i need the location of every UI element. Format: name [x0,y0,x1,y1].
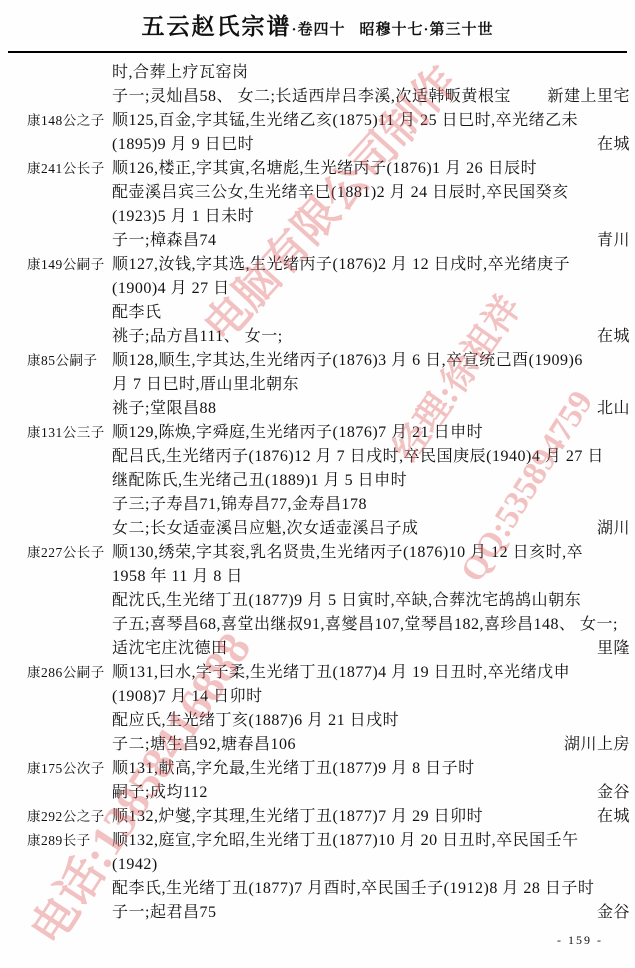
entry-row: 康85公嗣子顺128,顺生,字其达,生光绪丙子(1876)3 月 6 日,卒宣统… [0,349,635,421]
entry-line: 子二;塘生昌92,塘春昌106湖川上房 [112,733,630,757]
entry-line-text: 顺130,绣荣,字其衮,乳名贤贵,生光绪丙子(1876)10 月 12 日亥时,… [112,541,583,565]
entry-line: (1900)4 月 27 日 [112,277,630,301]
entry-line: 顺130,绣荣,字其衮,乳名贤贵,生光绪丙子(1876)10 月 12 日亥时,… [112,541,630,565]
place-name: 在城 [597,805,630,829]
entry-line: 继配陈氏,生光绪己丑(1889)1 月 5 日申时 [112,469,630,493]
entry-line: 配壶溪吕宾三公女,生光绪辛巳(1881)2 月 24 日辰时,卒民国癸亥 [112,181,630,205]
entry-line: 子一;灵灿昌58、 女二;长适西岸吕李溪,次适韩畈黄根宝新建上里宅 [112,85,630,109]
entry-line: 子三;子寿昌71,锦寿昌77,金寿昌178 [112,493,630,517]
entry-line-text: (1900)4 月 27 日 [112,277,230,301]
entry-line: 顺128,顺生,字其达,生光绪丙子(1876)3 月 6 日,卒宣统己酉(190… [112,349,630,373]
place-name: 金谷 [597,901,630,925]
entry-line-text: 祧子;品方昌111、 女一; [112,325,283,349]
book-title: 五云赵氏宗谱 [141,14,291,39]
entry-line: 时,合葬上疗瓦窑岗 [112,61,630,85]
entry-line: 顺126,楼正,字其寅,名塘彪,生光绪丙子(1876)1 月 26 日辰时 [112,157,630,181]
entry-lines: 顺129,陈焕,字舜庭,生光绪丙子(1876)7 月 21 日申时配吕氏,生光绪… [112,421,635,541]
entry-lines: 顺125,百金,字其锰,生光绪乙亥(1875)11 月 25 日巳时,卒光绪乙未… [112,109,635,157]
entry-line-text: 子三;子寿昌71,锦寿昌77,金寿昌178 [112,493,367,517]
entry-line-text: 子一;灵灿昌58、 女二;长适西岸吕李溪,次适韩畈黄根宝 [112,85,511,109]
entry-line-text: 时,合葬上疗瓦窑岗 [112,61,249,85]
entry-lines: 顺127,汝钱,字其选,生光绪丙子(1876)2 月 12 日戌时,卒光绪庚子(… [112,253,635,349]
entry-lines: 顺132,庭宣,字允昭,生光绪丁丑(1877)10 月 20 日丑时,卒民国壬午… [112,829,635,925]
entry-line-text: 配吕氏,生光绪丙子(1876)12 月 7 日戌时,卒民国庚辰(1940)4 月… [112,445,604,469]
entry-label: 康241公长子 [0,157,112,181]
entry-lines: 顺128,顺生,字其达,生光绪丙子(1876)3 月 6 日,卒宣统己酉(190… [112,349,635,421]
entry-line: 配吕氏,生光绪丙子(1876)12 月 7 日戌时,卒民国庚辰(1940)4 月… [112,445,630,469]
entry-row: 康149公嗣子顺127,汝钱,字其选,生光绪丙子(1876)2 月 12 日戌时… [0,253,635,349]
entry-line-text: 顺125,百金,字其锰,生光绪乙亥(1875)11 月 25 日巳时,卒光绪乙未 [112,109,578,133]
entry-label: 康148公之子 [0,109,112,133]
entry-line-text: 顺131,献高,字允最,生光绪丁丑(1877)9 月 8 日子时 [112,757,475,781]
entry-line: 配沈氏,生光绪丁丑(1877)9 月 5 日寅时,卒缺,合葬沈宅鸪鸪山朝东 [112,589,630,613]
entry-line-text: 继配陈氏,生光绪己丑(1889)1 月 5 日申时 [112,469,407,493]
place-name: 在城 [597,325,630,349]
entry-row: 康227公长子顺130,绣荣,字其衮,乳名贤贵,生光绪丙子(1876)10 月 … [0,541,635,661]
entry-line-text: (1923)5 月 1 日未时 [112,205,254,229]
entry-line: 祧子;堂限昌88北山 [112,397,630,421]
entries: 时,合葬上疗瓦窑岗子一;灵灿昌58、 女二;长适西岸吕李溪,次适韩畈黄根宝新建上… [0,61,635,925]
entry-line: 顺131,曰水,字子柔,生光绪丁丑(1877)4 月 19 日丑时,卒光绪戊申 [112,661,630,685]
entry-line-text: 子五;喜琴昌68,喜堂出继叔91,喜燮昌107,堂琴昌182,喜珍昌148、 女… [112,613,618,637]
entry-label: 康85公嗣子 [0,349,112,373]
entry-line-text: (1895)9 月 9 日巳时 [112,133,254,157]
section-label: 昭穆十七·第三十世 [360,22,494,38]
entry-line-text: 顺128,顺生,字其达,生光绪丙子(1876)3 月 6 日,卒宣统己酉(190… [112,349,583,373]
entry-line: 月 7 日巳时,厝山里北朝东 [112,373,630,397]
entry-lines: 顺131,献高,字允最,生光绪丁丑(1877)9 月 8 日子时嗣子;成均112… [112,757,635,805]
entry-line: 子一;樟森昌74青川 [112,229,630,253]
place-name: 里隆 [597,637,630,661]
entry-line-text: 配李氏,生光绪丁丑(1877)7 月酉时,卒民国壬子(1912)8 月 28 日… [112,877,594,901]
entry-line-text: 女二;长女适壶溪吕应魁,次女适壶溪吕子成 [112,517,418,541]
volume-label: ·卷四十 [291,22,345,38]
entry-line: 顺132,炉燮,字其理,生光绪丁丑(1877)7 月 29 日卯时在城 [112,805,630,829]
entry-line-text: (1908)7 月 14 日卯时 [112,685,263,709]
entry-line-text: 配壶溪吕宾三公女,生光绪辛巳(1881)2 月 24 日辰时,卒民国癸亥 [112,181,569,205]
entry-row: 康131公三子顺129,陈焕,字舜庭,生光绪丙子(1876)7 月 21 日申时… [0,421,635,541]
entry-line: 顺129,陈焕,字舜庭,生光绪丙子(1876)7 月 21 日申时 [112,421,630,445]
entry-line-text: 顺127,汝钱,字其选,生光绪丙子(1876)2 月 12 日戌时,卒光绪庚子 [112,253,570,277]
entry-line: (1923)5 月 1 日未时 [112,205,630,229]
place-name: 在城 [597,133,630,157]
entry-line: 顺132,庭宣,字允昭,生光绪丁丑(1877)10 月 20 日丑时,卒民国壬午 [112,829,630,853]
genealogy-page: 五云赵氏宗谱·卷四十昭穆十七·第三十世 时,合葬上疗瓦窑岗子一;灵灿昌58、 女… [0,0,635,968]
entry-line: 子一;起君昌75金谷 [112,901,630,925]
entry-lines: 顺131,曰水,字子柔,生光绪丁丑(1877)4 月 19 日丑时,卒光绪戊申(… [112,661,635,757]
page-number: - 159 - [557,933,603,948]
place-name: 北山 [597,397,630,421]
entry-line: 祧子;品方昌111、 女一;在城 [112,325,630,349]
entry-lines: 时,合葬上疗瓦窑岗子一;灵灿昌58、 女二;长适西岸吕李溪,次适韩畈黄根宝新建上… [112,61,635,109]
entry-line: (1942) [112,853,630,877]
entry-label: 康289长子 [0,829,112,853]
entry-row: 康286公嗣子顺131,曰水,字子柔,生光绪丁丑(1877)4 月 19 日丑时… [0,661,635,757]
entry-line: 顺127,汝钱,字其选,生光绪丙子(1876)2 月 12 日戌时,卒光绪庚子 [112,253,630,277]
entry-line-text: 祧子;堂限昌88 [112,397,216,421]
entry-line: (1895)9 月 9 日巳时在城 [112,133,630,157]
entry-line: 1958 年 11 月 8 日 [112,565,630,589]
entry-label: 康227公长子 [0,541,112,565]
entry-line-text: 配李氏 [112,301,162,325]
entry-line-text: 顺132,炉燮,字其理,生光绪丁丑(1877)7 月 29 日卯时 [112,805,483,829]
header-rule [8,51,627,53]
place-name: 湖川 [597,517,630,541]
entry-label: 康286公嗣子 [0,661,112,685]
entry-label: 康149公嗣子 [0,253,112,277]
entry-line-text: 1958 年 11 月 8 日 [112,565,243,589]
entry-line: 配李氏,生光绪丁丑(1877)7 月酉时,卒民国壬子(1912)8 月 28 日… [112,877,630,901]
entry-line-text: 子一;樟森昌74 [112,229,216,253]
entry-line: 子五;喜琴昌68,喜堂出继叔91,喜燮昌107,堂琴昌182,喜珍昌148、 女… [112,613,630,637]
entry-line: 配应氏,生光绪丁亥(1887)6 月 21 日戌时 [112,709,630,733]
entry-row: 康241公长子顺126,楼正,字其寅,名塘彪,生光绪丙子(1876)1 月 26… [0,157,635,253]
page-header: 五云赵氏宗谱·卷四十昭穆十七·第三十世 [0,12,635,45]
entry-line: 适沈宅庄沈德田里隆 [112,637,630,661]
entry-line-text: 配沈氏,生光绪丁丑(1877)9 月 5 日寅时,卒缺,合葬沈宅鸪鸪山朝东 [112,589,581,613]
place-name: 新建上里宅 [547,85,630,109]
entry-line-text: 配应氏,生光绪丁亥(1887)6 月 21 日戌时 [112,709,399,733]
entry-line-text: 子二;塘生昌92,塘春昌106 [112,733,296,757]
place-name: 金谷 [597,781,630,805]
entry-line-text: 子一;起君昌75 [112,901,216,925]
place-name: 青川 [597,229,630,253]
entry-row: 康289长子顺132,庭宣,字允昭,生光绪丁丑(1877)10 月 20 日丑时… [0,829,635,925]
entry-label: 康175公次子 [0,757,112,781]
entry-label: 康131公三子 [0,421,112,445]
entry-row: 康175公次子顺131,献高,字允最,生光绪丁丑(1877)9 月 8 日子时嗣… [0,757,635,805]
entry-label: 康292公之子 [0,805,112,829]
entry-line: 女二;长女适壶溪吕应魁,次女适壶溪吕子成湖川 [112,517,630,541]
entry-line-text: 顺131,曰水,字子柔,生光绪丁丑(1877)4 月 19 日丑时,卒光绪戊申 [112,661,570,685]
entry-line: 顺131,献高,字允最,生光绪丁丑(1877)9 月 8 日子时 [112,757,630,781]
entry-line: 配李氏 [112,301,630,325]
entry-line-text: (1942) [112,853,158,877]
place-name: 湖川上房 [564,733,630,757]
entry-line-text: 顺126,楼正,字其寅,名塘彪,生光绪丙子(1876)1 月 26 日辰时 [112,157,537,181]
entry-line: 嗣子;成均112金谷 [112,781,630,805]
entry-line-text: 嗣子;成均112 [112,781,208,805]
entry-line: (1908)7 月 14 日卯时 [112,685,630,709]
entry-lines: 顺126,楼正,字其寅,名塘彪,生光绪丙子(1876)1 月 26 日辰时配壶溪… [112,157,635,253]
entry-row: 康148公之子顺125,百金,字其锰,生光绪乙亥(1875)11 月 25 日巳… [0,109,635,157]
entry-lines: 顺130,绣荣,字其衮,乳名贤贵,生光绪丙子(1876)10 月 12 日亥时,… [112,541,635,661]
entry-row: 康292公之子顺132,炉燮,字其理,生光绪丁丑(1877)7 月 29 日卯时… [0,805,635,829]
entry-line-text: 顺132,庭宣,字允昭,生光绪丁丑(1877)10 月 20 日丑时,卒民国壬午 [112,829,579,853]
entry-row: 时,合葬上疗瓦窑岗子一;灵灿昌58、 女二;长适西岸吕李溪,次适韩畈黄根宝新建上… [0,61,635,109]
entry-line-text: 顺129,陈焕,字舜庭,生光绪丙子(1876)7 月 21 日申时 [112,421,483,445]
entry-lines: 顺132,炉燮,字其理,生光绪丁丑(1877)7 月 29 日卯时在城 [112,805,635,829]
entry-line-text: 月 7 日巳时,厝山里北朝东 [112,373,299,397]
entry-line: 顺125,百金,字其锰,生光绪乙亥(1875)11 月 25 日巳时,卒光绪乙未 [112,109,630,133]
entry-line-text: 适沈宅庄沈德田 [112,637,228,661]
